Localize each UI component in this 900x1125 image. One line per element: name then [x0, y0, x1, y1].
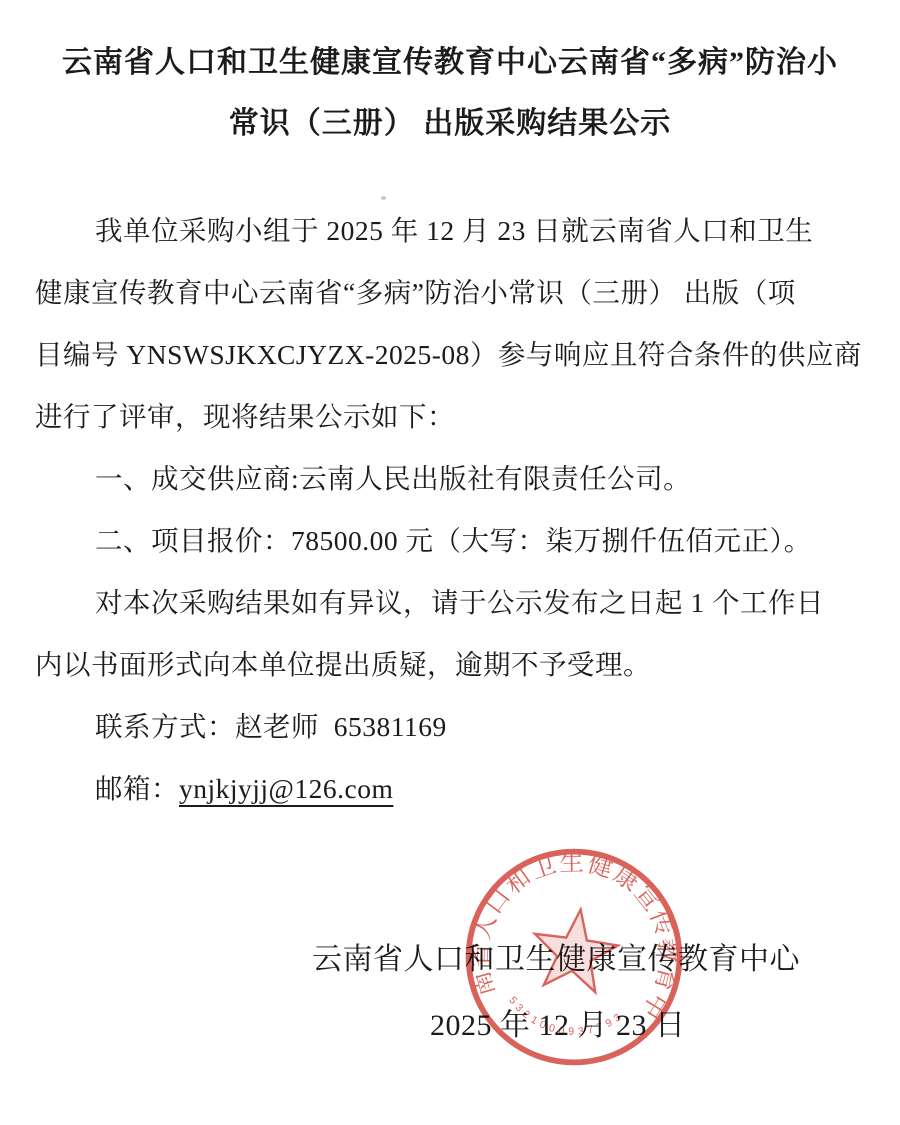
- document-page: 云南省人口和卫生健康宣传教育中心云南省“多病”防治小 常识（三册） 出版采购结果…: [0, 0, 900, 1125]
- contact-phone-line: 联系方式：赵老师 65381169: [35, 696, 858, 758]
- body-line: 健康宣传教育中心云南省“多病”防治小常识（三册） 出版（项: [35, 262, 858, 324]
- svg-text:5321000937793: 5321000937793: [502, 993, 627, 1045]
- body-line-winning-supplier: 一、成交供应商:云南人民出版社有限责任公司。: [35, 448, 858, 510]
- body-line-project-price: 二、项目报价：78500.00 元（大写：柒万捌仟伍佰元正）。: [35, 510, 858, 572]
- body-line: 对本次采购结果如有异议，请于公示发布之日起 1 个工作日: [35, 572, 858, 634]
- email-address: ynjkjyjj@126.com: [179, 773, 393, 804]
- body-line: 进行了评审，现将结果公示如下：: [35, 386, 858, 448]
- document-title: 云南省人口和卫生健康宣传教育中心云南省“多病”防治小 常识（三册） 出版采购结果…: [60, 32, 840, 154]
- body-line: 内以书面形式向本单位提出质疑，逾期不予受理。: [35, 634, 858, 696]
- seal-star-icon: [528, 904, 622, 995]
- body-line: 我单位采购小组于 2025 年 12 月 23 日就云南省人口和卫生: [35, 200, 858, 262]
- official-seal-stamp: 云南省人口和卫生健康宣传教育中心 5321000937793: [459, 842, 689, 1072]
- body-line: 目编号 YNSWSJKXCJYZX-2025-08）参与响应且符合条件的供应商: [35, 324, 858, 386]
- seal-code-text: 5321000937793: [502, 993, 627, 1045]
- document-title-line1: 云南省人口和卫生健康宣传教育中心云南省“多病”防治小: [60, 32, 840, 93]
- document-title-line2: 常识（三册） 出版采购结果公示: [60, 93, 840, 154]
- document-body: 我单位采购小组于 2025 年 12 月 23 日就云南省人口和卫生 健康宣传教…: [35, 200, 858, 820]
- contact-email-line: 邮箱：ynjkjyjj@126.com: [35, 758, 858, 820]
- email-label: 邮箱：: [95, 773, 179, 804]
